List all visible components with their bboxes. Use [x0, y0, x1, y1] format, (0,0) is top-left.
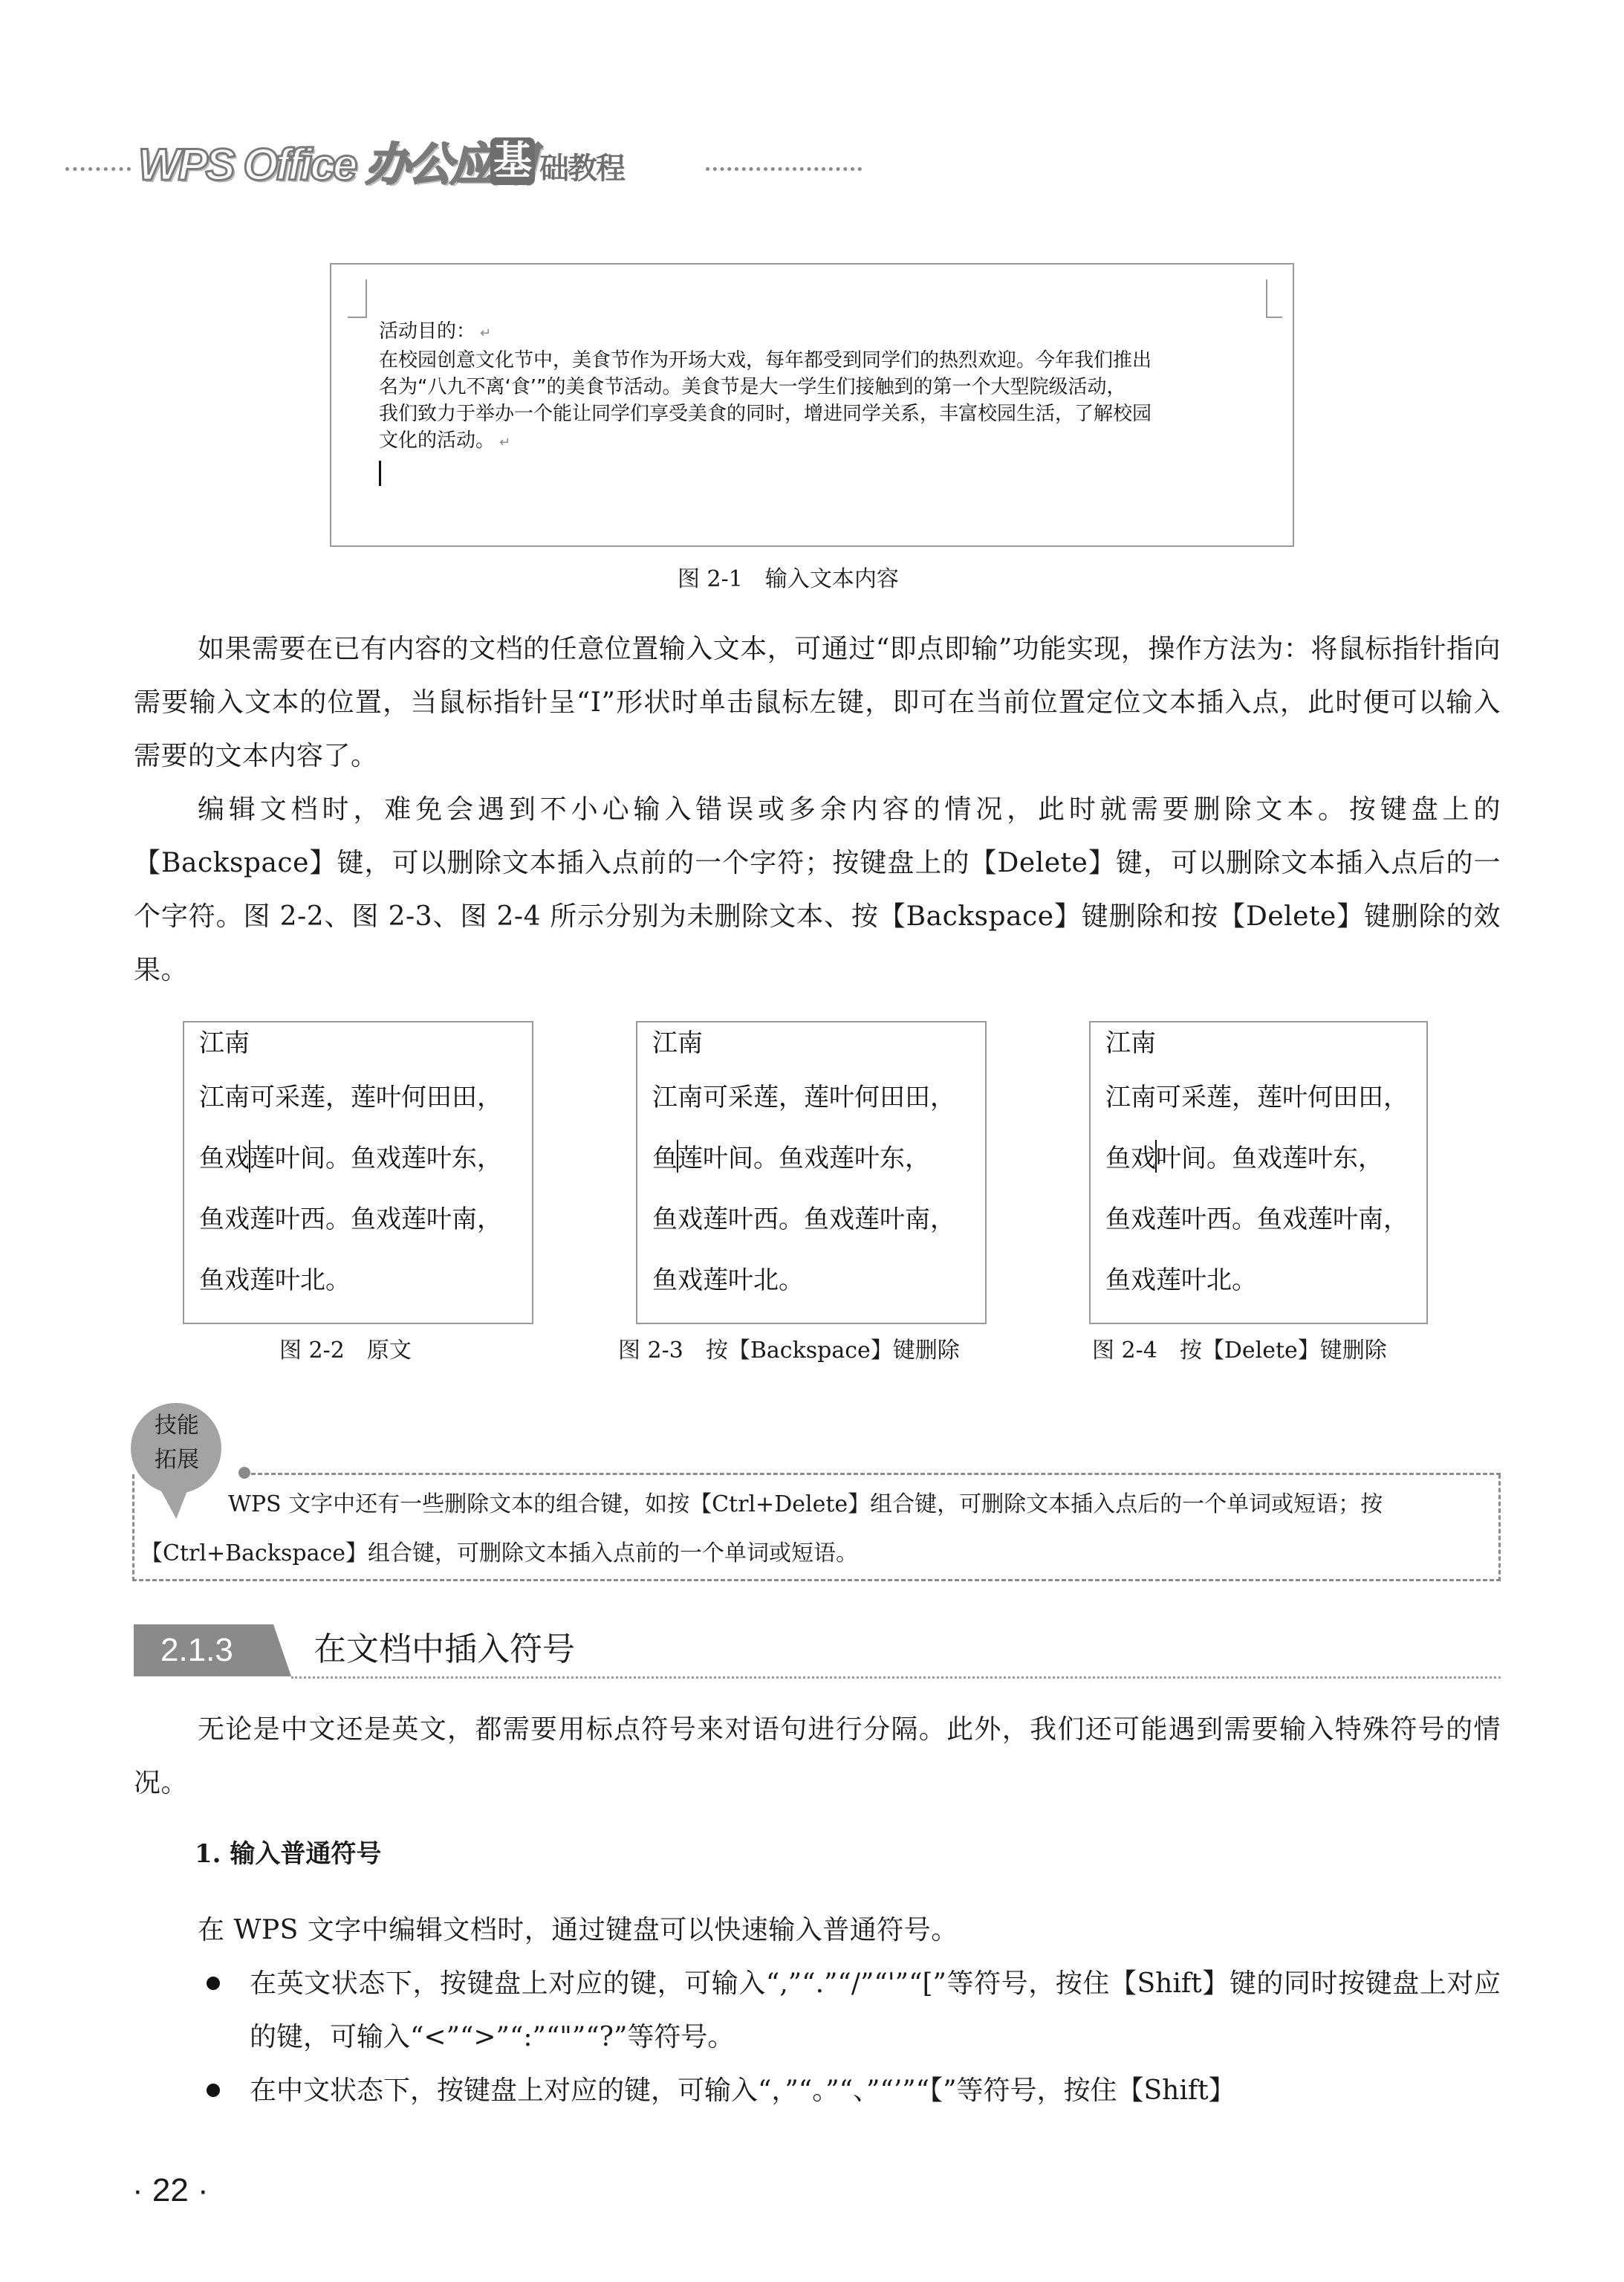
poem-line: 鱼戏叶间。鱼戏莲叶东，	[1105, 1128, 1426, 1189]
bullet-item: 在英文状态下，按键盘上对应的键，可输入“,”“.”“/”“'”“[”等符号，按住…	[134, 1957, 1501, 2064]
section-dotted-rule	[291, 1676, 1501, 1679]
header-dotted-rule-right	[706, 167, 862, 171]
figure-2-2-box: 江南 江南可采莲，莲叶何田田， 鱼戏莲叶间。鱼戏莲叶东， 鱼戏莲叶西。鱼戏莲叶南…	[183, 1021, 533, 1324]
section-title: 在文档中插入符号	[314, 1627, 575, 1672]
doc-line: 文化的活动。↵	[379, 427, 1263, 456]
running-header: WPS Office 办公应用 基 础教程	[65, 137, 801, 197]
tip-text: WPS 文字中还有一些删除文本的组合键，如按【Ctrl+Delete】组合键，可…	[140, 1480, 1493, 1578]
body-paragraph: 无论是中文还是英文，都需要用标点符号来对语句进行分隔。此外，我们还可能遇到需要输…	[134, 1703, 1501, 1810]
tip-dot-icon	[238, 1467, 250, 1479]
skill-extension-tip-box: WPS 文字中还有一些删除文本的组合键，如按【Ctrl+Delete】组合键，可…	[132, 1474, 1501, 1581]
tip-speech-bubble-icon: 技能拓展	[131, 1403, 221, 1526]
header-brand-title: WPS Office 办公应用	[138, 139, 535, 191]
bullet-item: 在中文状态下，按键盘上对应的键，可输入“，”“。”“、”“’”“【”等符号，按住…	[134, 2064, 1501, 2118]
figure-2-4-box: 江南 江南可采莲，莲叶何田田， 鱼戏叶间。鱼戏莲叶东， 鱼戏莲叶西。鱼戏莲叶南，…	[1089, 1021, 1428, 1324]
poem-line: 江南可采莲，莲叶何田田，	[1105, 1067, 1426, 1128]
poem-line: 江南可采莲，莲叶何田田，	[652, 1067, 985, 1128]
figure-caption: 图 2-4 按【Delete】键删除	[1092, 1336, 1387, 1366]
figure-caption: 图 2-3 按【Backspace】键删除	[618, 1336, 960, 1366]
poem-line: 鱼戏莲叶北。	[1105, 1250, 1426, 1311]
poem-title: 江南	[652, 1022, 985, 1064]
figure-caption: 图 2-2 原文	[279, 1336, 412, 1366]
poem-line: 鱼戏莲叶北。	[199, 1250, 532, 1311]
doc-line: 我们致力于举办一个能让同学们享受美食的同时，增进同学关系，丰富校园生活，了解校园	[379, 401, 1263, 427]
poem-line: 鱼戏莲叶西。鱼戏莲叶南，	[199, 1189, 532, 1250]
body-paragraph: 在 WPS 文字中编辑文档时，通过键盘可以快速输入普通符号。	[134, 1904, 1501, 1957]
paragraph-mark-icon: ↵	[499, 435, 510, 450]
header-dotted-rule-left	[65, 167, 131, 171]
body-paragraph: 编辑文档时，难免会遇到不小心输入错误或多余内容的情况，此时就需要删除文本。按键盘…	[134, 783, 1501, 997]
poem-line: 鱼戏莲叶西。鱼戏莲叶南，	[1105, 1189, 1426, 1250]
tip-label: 技能拓展	[146, 1409, 208, 1477]
header-badge-char: 基	[490, 137, 535, 185]
page-corner-mark-right	[1266, 279, 1282, 318]
header-title-rest: 础教程	[539, 148, 624, 189]
tip-top-dashed-rule	[244, 1473, 1501, 1475]
poem-title: 江南	[199, 1022, 532, 1064]
document-content: 活动目的：↵ 在校园创意文化节中，美食节作为开场大戏，每年都受到同学们的热烈欢迎…	[379, 318, 1263, 486]
doc-line: 活动目的：↵	[379, 318, 1263, 347]
doc-line: 在校园创意文化节中，美食节作为开场大戏，每年都受到同学们的热烈欢迎。今年我们推出	[379, 347, 1263, 374]
bullet-icon	[207, 2084, 220, 2097]
section-heading: 2.1.3 在文档中插入符号	[134, 1624, 1501, 1676]
poem-line: 鱼戏莲叶西。鱼戏莲叶南，	[652, 1189, 985, 1250]
subheading: 1. 输入普通符号	[195, 1835, 381, 1873]
page-number: · 22 ·	[132, 2170, 209, 2211]
doc-line: 名为“八九不离‘食’”的美食节活动。美食节是大一学生们接触到的第一个大型院级活动…	[379, 374, 1263, 401]
figure-caption: 图 2-1 输入文本内容	[678, 565, 899, 594]
figure-2-3-box: 江南 江南可采莲，莲叶何田田， 鱼莲叶间。鱼戏莲叶东， 鱼戏莲叶西。鱼戏莲叶南，…	[636, 1021, 987, 1324]
poem-line: 鱼莲叶间。鱼戏莲叶东，	[652, 1128, 985, 1189]
poem-line: 江南可采莲，莲叶何田田，	[199, 1067, 532, 1128]
figure-2-1-screenshot: 活动目的：↵ 在校园创意文化节中，美食节作为开场大戏，每年都受到同学们的热烈欢迎…	[330, 263, 1294, 547]
poem-title: 江南	[1105, 1022, 1426, 1064]
poem-line: 鱼戏莲叶北。	[652, 1250, 985, 1311]
body-paragraph: 如果需要在已有内容的文档的任意位置输入文本，可通过“即点即输”功能实现，操作方法…	[134, 623, 1501, 783]
paragraph-mark-icon: ↵	[480, 325, 491, 341]
poem-line: 鱼戏莲叶间。鱼戏莲叶东，	[199, 1128, 532, 1189]
page-corner-mark-left	[348, 279, 367, 318]
bullet-icon	[207, 1977, 220, 1990]
text-cursor-icon	[379, 461, 381, 486]
section-number: 2.1.3	[134, 1624, 291, 1676]
